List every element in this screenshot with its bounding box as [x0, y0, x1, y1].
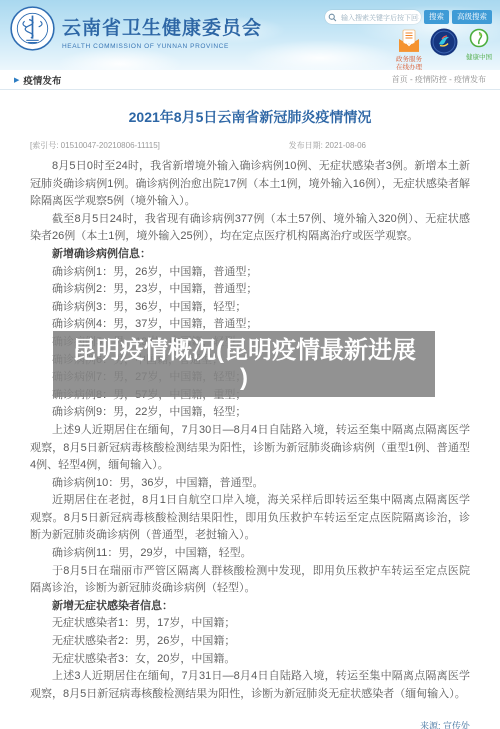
page-title: 2021年8月5日云南省新冠肺炎疫情情况: [30, 107, 470, 127]
healthy-china-icon: [467, 28, 491, 52]
case-item: 无症状感染者1：男，17岁，中国籍；: [30, 615, 470, 633]
page: 云南省卫生健康委员会 HEALTH COMMISSION OF YUNNAN P…: [0, 0, 500, 729]
org-name-english: HEALTH COMMISSION OF YUNNAN PROVINCE: [62, 43, 262, 50]
search-icon: [328, 13, 337, 22]
healthy-china-caption: 健康中国: [466, 54, 492, 62]
site-header: 云南省卫生健康委员会 HEALTH COMMISSION OF YUNNAN P…: [0, 0, 500, 70]
section-heading: 新增无症状感染者信息：: [30, 598, 470, 616]
section-title: 疫情发布: [23, 73, 61, 87]
case-item: 确诊病例3：男，36岁，中国籍，轻型；: [30, 299, 470, 317]
article-paragraph: 上述9人近期居住在缅甸，7月30日—8月4日自陆路入境，转运至集中隔离点隔离医学…: [30, 422, 470, 475]
article-paragraph: 8月5日0时至24时，我省新增境外输入确诊病例10例、无症状感染者3例。新增本土…: [30, 158, 470, 211]
header-shortcuts: 政务服务 在线办理 健康中国: [396, 28, 492, 72]
watermark-title-line1: 昆明疫情概况(昆明疫情最新进展: [72, 337, 416, 365]
yunnan-emblem-link[interactable]: [430, 28, 458, 56]
case-item: 确诊病例1：男，26岁，中国籍，普通型；: [30, 264, 470, 282]
publish-date: 发布日期: 2021-08-06: [289, 140, 366, 151]
gov-service-icon: [396, 28, 422, 54]
case-item: 无症状感染者3：女，20岁，中国籍。: [30, 651, 470, 669]
case-item: 确诊病例10：男，36岁，中国籍，普通型。: [30, 475, 470, 493]
article-paragraph: 截至8月5日24时，我省现有确诊病例377例（本土57例、境外输入320例）、无…: [30, 211, 470, 246]
case-item: 确诊病例11：男，29岁，中国籍，轻型。: [30, 545, 470, 563]
yunnan-emblem-icon: [430, 28, 458, 56]
search-input[interactable]: [339, 10, 421, 26]
case-item: 确诊病例2：男，23岁，中国籍，普通型；: [30, 281, 470, 299]
article: 2021年8月5日云南省新冠肺炎疫情情况 [索引号: 01510047-2021…: [0, 107, 500, 729]
article-paragraph: 近期居住在老挝，8月1日自航空口岸入境，海关采样后即转运至集中隔离点隔离医学观察…: [30, 492, 470, 545]
logo-text: 云南省卫生健康委员会 HEALTH COMMISSION OF YUNNAN P…: [62, 6, 262, 50]
case-item: 确诊病例9：男，22岁，中国籍，轻型；: [30, 404, 470, 422]
breadcrumb[interactable]: 首页 - 疫情防控 - 疫情发布: [392, 74, 486, 85]
section-header: ▶ 疫情发布: [14, 73, 61, 87]
section-arrow-icon: ▶: [14, 76, 19, 84]
section-heading: 新增确诊病例信息：: [30, 246, 470, 264]
org-name: 云南省卫生健康委员会: [62, 13, 262, 40]
article-paragraph: 上述3人近期居住在缅甸，7月31日—8月4日自陆路入境，转运至集中隔离点隔离医学…: [30, 668, 470, 703]
gov-service-link[interactable]: 政务服务 在线办理: [396, 28, 422, 72]
breadcrumb-bar: ▶ 疫情发布 首页 - 疫情防控 - 疫情发布: [0, 70, 500, 90]
search-box: [325, 10, 421, 24]
article-paragraph: 于8月5日在瑞丽市严管区隔离人群核酸检测中发现，即用负压救护车转运至定点医院隔离…: [30, 563, 470, 598]
watermark-title-line2: ): [240, 365, 248, 391]
search-button[interactable]: 搜索: [424, 10, 449, 24]
org-emblem-icon: [10, 6, 55, 51]
index-number: [索引号: 01510047-20210806-11115]: [30, 140, 160, 151]
gov-service-caption: 政务服务 在线办理: [396, 56, 422, 72]
article-body: 8月5日0时至24时，我省新增境外输入确诊病例10例、无症状感染者3例。新增本土…: [30, 158, 470, 703]
healthy-china-link[interactable]: 健康中国: [466, 28, 492, 62]
article-meta: [索引号: 01510047-20210806-11115] 发布日期: 202…: [30, 140, 470, 151]
advanced-search-button[interactable]: 高级搜索: [452, 10, 492, 24]
source-label: 来源: 宣传处: [30, 719, 470, 729]
org-logo[interactable]: 云南省卫生健康委员会 HEALTH COMMISSION OF YUNNAN P…: [10, 6, 262, 51]
watermark-overlay: 昆明疫情概况(昆明疫情最新进展 ): [53, 331, 435, 397]
search-row: 搜索 高级搜索: [325, 10, 492, 24]
case-item: 无症状感染者2：男，26岁，中国籍；: [30, 633, 470, 651]
